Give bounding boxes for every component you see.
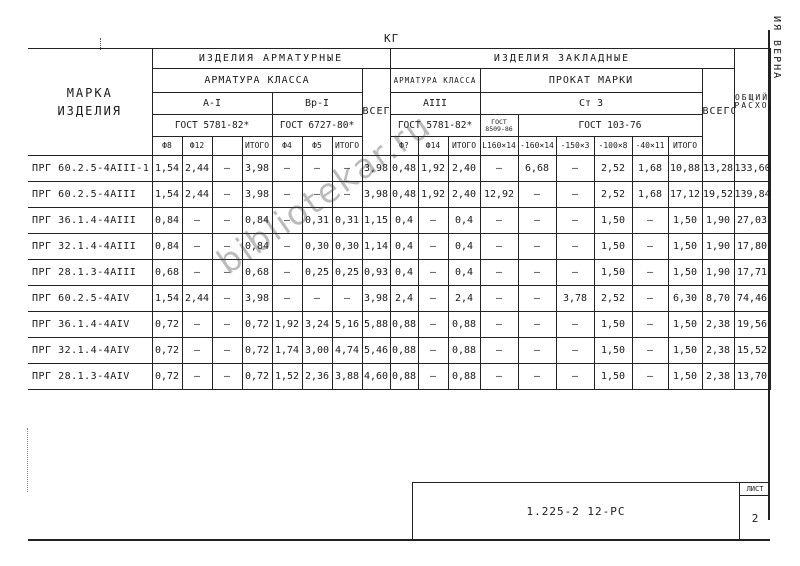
table-cell: 2,52 xyxy=(594,182,632,208)
table-cell: 1,68 xyxy=(632,156,668,182)
table-cell: — xyxy=(480,364,518,390)
product-mark: ПРГ 60.2.5-4АIII xyxy=(28,182,152,208)
table-cell: 0,72 xyxy=(242,364,272,390)
header-class-a3: АIII xyxy=(390,93,480,115)
table-row: ПРГ 60.2.5-4АIV1,542,44—3,98———3,982,4—2… xyxy=(28,286,770,312)
table-cell: 17,12 xyxy=(668,182,702,208)
product-mark: ПРГ 36.1.4-4АIII xyxy=(28,208,152,234)
header-class-a1: А-I xyxy=(152,93,272,115)
table-cell: 17,80 xyxy=(734,234,770,260)
header-vsego-embedded: ВСЕГО xyxy=(702,69,734,156)
table-cell: 0,30 xyxy=(302,234,332,260)
table-cell: 0,48 xyxy=(390,182,418,208)
product-mark: ПРГ 28.1.3-4АIV xyxy=(28,364,152,390)
table-cell: 15,52 xyxy=(734,338,770,364)
table-cell: 2,36 xyxy=(302,364,332,390)
table-cell: 1,50 xyxy=(668,208,702,234)
table-cell: 0,88 xyxy=(448,364,480,390)
header-armature-class: АРМАТУРА КЛАССА xyxy=(152,69,362,93)
column-header: -160×14 xyxy=(518,137,556,156)
table-cell: 0,88 xyxy=(448,338,480,364)
table-cell: 0,72 xyxy=(152,338,182,364)
table-cell: 1,68 xyxy=(632,182,668,208)
table-cell: 12,92 xyxy=(480,182,518,208)
header-class-vr1: Вр-I xyxy=(272,93,362,115)
table-cell: 2,44 xyxy=(182,156,212,182)
table-cell: — xyxy=(212,286,242,312)
table-cell: 1,54 xyxy=(152,286,182,312)
table-cell: — xyxy=(212,312,242,338)
table-cell: — xyxy=(418,286,448,312)
table-cell: 1,90 xyxy=(702,234,734,260)
table-cell: 0,4 xyxy=(390,208,418,234)
table-cell: — xyxy=(212,234,242,260)
header-mark-line1: МАРКА xyxy=(67,86,113,100)
column-header: L160×14 xyxy=(480,137,518,156)
column-header: -40×11 xyxy=(632,137,668,156)
column-header: ИТОГО xyxy=(668,137,702,156)
table-cell: 0,84 xyxy=(242,208,272,234)
table-cell: 0,68 xyxy=(242,260,272,286)
table-cell: 1,52 xyxy=(272,364,302,390)
table-cell: 0,88 xyxy=(390,338,418,364)
table-cell: 0,4 xyxy=(448,234,480,260)
table-cell: 5,88 xyxy=(362,312,390,338)
table-cell: 3,98 xyxy=(362,286,390,312)
sheet-number: 2 xyxy=(740,496,770,541)
table-cell: 3,98 xyxy=(242,156,272,182)
table-cell: 3,98 xyxy=(362,182,390,208)
table-cell: 1,50 xyxy=(594,234,632,260)
table-cell: 19,52 xyxy=(702,182,734,208)
header-gost-vr1: ГОСТ 6727-80* xyxy=(272,115,362,137)
table-cell: 0,48 xyxy=(390,156,418,182)
table-cell: — xyxy=(518,364,556,390)
header-st3: Ст 3 xyxy=(480,93,702,115)
table-cell: 3,24 xyxy=(302,312,332,338)
table-cell: 0,84 xyxy=(242,234,272,260)
table-cell: 133,60 xyxy=(734,156,770,182)
table-cell: 0,4 xyxy=(448,208,480,234)
product-mark: ПРГ 28.1.3-4АIII xyxy=(28,260,152,286)
table-cell: — xyxy=(556,208,594,234)
table-row: ПРГ 36.1.4-4АIII0,84——0,84—0,310,311,150… xyxy=(28,208,770,234)
table-row: ПРГ 32.1.4-4АIV0,72——0,721,743,004,745,4… xyxy=(28,338,770,364)
table-cell: — xyxy=(632,286,668,312)
product-mark: ПРГ 32.1.4-4АIV xyxy=(28,338,152,364)
table-cell: 4,74 xyxy=(332,338,362,364)
table-cell: — xyxy=(632,312,668,338)
header-armature-products: ИЗДЕЛИЯ АРМАТУРНЫЕ xyxy=(152,49,390,69)
table-cell: — xyxy=(518,208,556,234)
table-cell: — xyxy=(272,260,302,286)
table-cell: — xyxy=(332,286,362,312)
table-cell: — xyxy=(556,234,594,260)
table-cell: 2,4 xyxy=(448,286,480,312)
column-header: Ф12 xyxy=(182,137,212,156)
table-cell: — xyxy=(480,260,518,286)
table-row: ПРГ 60.2.5-4АIII1,542,44—3,98———3,980,48… xyxy=(28,182,770,208)
header-gost-8509: ГОСТ 8509-86 xyxy=(480,115,518,137)
table-cell: — xyxy=(332,156,362,182)
table-cell: 1,50 xyxy=(668,364,702,390)
table-cell: — xyxy=(556,364,594,390)
header-mark: МАРКА ИЗДЕЛИЯ xyxy=(28,49,152,156)
header-embedded-products: ИЗДЕЛИЯ ЗАКЛАДНЫЕ xyxy=(390,49,734,69)
table-cell: 1,90 xyxy=(702,208,734,234)
table-cell: — xyxy=(480,234,518,260)
table-cell: 3,98 xyxy=(242,286,272,312)
table-cell: 0,84 xyxy=(152,208,182,234)
table-cell: 2,52 xyxy=(594,286,632,312)
specification-table: МАРКА ИЗДЕЛИЯ ИЗДЕЛИЯ АРМАТУРНЫЕ ИЗДЕЛИЯ… xyxy=(28,48,771,390)
column-header: Ф14 xyxy=(418,137,448,156)
header-gost-a1: ГОСТ 5781-82* xyxy=(152,115,272,137)
column-header: Ф? xyxy=(390,137,418,156)
table-cell: 13,70 xyxy=(734,364,770,390)
column-header: ИТОГО xyxy=(332,137,362,156)
table-cell: — xyxy=(418,312,448,338)
table-cell: — xyxy=(418,260,448,286)
table-row: ПРГ 28.1.3-4АIV0,72——0,721,522,363,884,6… xyxy=(28,364,770,390)
table-cell: 3,78 xyxy=(556,286,594,312)
table-cell: — xyxy=(272,234,302,260)
table-cell: — xyxy=(518,338,556,364)
column-header: Ф8 xyxy=(152,137,182,156)
table-cell: 3,88 xyxy=(332,364,362,390)
table-cell: 19,56 xyxy=(734,312,770,338)
table-cell: — xyxy=(212,260,242,286)
table-cell: — xyxy=(212,364,242,390)
table-cell: — xyxy=(556,156,594,182)
table-cell: — xyxy=(480,208,518,234)
table-cell: 5,16 xyxy=(332,312,362,338)
header-prokat: ПРОКАТ МАРКИ xyxy=(480,69,702,93)
header-gost-103: ГОСТ 103-76 xyxy=(518,115,702,137)
table-cell: 1,54 xyxy=(152,156,182,182)
table-cell: — xyxy=(556,338,594,364)
table-cell: — xyxy=(212,156,242,182)
table-cell: 0,84 xyxy=(152,234,182,260)
table-cell: 2,52 xyxy=(594,156,632,182)
table-cell: — xyxy=(418,208,448,234)
table-cell: 2,40 xyxy=(448,156,480,182)
table-cell: 1,50 xyxy=(594,364,632,390)
table-cell: — xyxy=(480,338,518,364)
table-cell: — xyxy=(418,338,448,364)
table-cell: 0,31 xyxy=(302,208,332,234)
table-cell: 2,44 xyxy=(182,286,212,312)
header-gost-8509-text: ГОСТ 8509-86 xyxy=(481,119,518,132)
table-cell: 27,03 xyxy=(734,208,770,234)
header-total-consumption: ОБЩИЙ РАСХОД xyxy=(734,49,770,156)
header-gost-a3: ГОСТ 5781-82* xyxy=(390,115,480,137)
table-cell: 1,50 xyxy=(594,312,632,338)
table-cell: — xyxy=(182,338,212,364)
table-cell: 5,46 xyxy=(362,338,390,364)
table-cell: 1,50 xyxy=(594,338,632,364)
table-cell: — xyxy=(632,208,668,234)
table-cell: — xyxy=(556,312,594,338)
product-mark: ПРГ 60.2.5-4АIII-1 xyxy=(28,156,152,182)
table-cell: 1,92 xyxy=(418,156,448,182)
table-cell: 1,50 xyxy=(668,338,702,364)
table-cell: 1,90 xyxy=(702,260,734,286)
product-mark: ПРГ 32.1.4-4АIII xyxy=(28,234,152,260)
table-cell: — xyxy=(518,260,556,286)
table-cell: — xyxy=(212,208,242,234)
table-cell: — xyxy=(556,182,594,208)
table-cell: 0,72 xyxy=(242,312,272,338)
table-cell: 6,68 xyxy=(518,156,556,182)
table-cell: 1,74 xyxy=(272,338,302,364)
header-mark-line2: ИЗДЕЛИЯ xyxy=(57,104,122,118)
table-cell: 1,92 xyxy=(418,182,448,208)
product-mark: ПРГ 36.1.4-4АIV xyxy=(28,312,152,338)
table-cell: 8,70 xyxy=(702,286,734,312)
table-cell: 0,4 xyxy=(390,260,418,286)
table-cell: 0,68 xyxy=(152,260,182,286)
fold-mark-left xyxy=(27,428,30,492)
table-cell: 1,50 xyxy=(668,312,702,338)
table-cell: 1,50 xyxy=(594,208,632,234)
table-cell: 0,93 xyxy=(362,260,390,286)
table-cell: 1,50 xyxy=(668,260,702,286)
table-row: ПРГ 36.1.4-4АIV0,72——0,721,923,245,165,8… xyxy=(28,312,770,338)
table-cell: 10,88 xyxy=(668,156,702,182)
sheet-box: ЛИСТ 2 xyxy=(739,483,770,540)
table-cell: 17,71 xyxy=(734,260,770,286)
table-cell: 2,38 xyxy=(702,364,734,390)
table-cell: — xyxy=(302,156,332,182)
table-cell: 2,4 xyxy=(390,286,418,312)
table-cell: — xyxy=(182,260,212,286)
table-cell: — xyxy=(518,286,556,312)
table-cell: — xyxy=(632,260,668,286)
table-cell: — xyxy=(182,312,212,338)
table-cell: — xyxy=(212,182,242,208)
table-cell: 2,38 xyxy=(702,338,734,364)
table-cell: — xyxy=(302,286,332,312)
table-cell: 1,14 xyxy=(362,234,390,260)
table-cell: 1,15 xyxy=(362,208,390,234)
table-cell: 0,72 xyxy=(152,312,182,338)
header-vsego-armature: ВСЕГО xyxy=(362,69,390,156)
column-header: -100×8 xyxy=(594,137,632,156)
table-cell: — xyxy=(272,182,302,208)
table-cell: — xyxy=(556,260,594,286)
table-cell: — xyxy=(302,182,332,208)
column-header: -150×3 xyxy=(556,137,594,156)
table-cell: 1,50 xyxy=(594,260,632,286)
table-cell: — xyxy=(272,156,302,182)
title-block: 1.225-2 12-РС ЛИСТ 2 xyxy=(412,482,769,540)
table-cell: 0,4 xyxy=(448,260,480,286)
table-cell: 2,40 xyxy=(448,182,480,208)
table-cell: — xyxy=(480,156,518,182)
table-cell: — xyxy=(332,182,362,208)
column-header: ИТОГО xyxy=(448,137,480,156)
unit-label: КГ xyxy=(384,32,399,45)
table-cell: — xyxy=(480,286,518,312)
table-cell: 3,00 xyxy=(302,338,332,364)
table-cell: — xyxy=(632,234,668,260)
table-cell: — xyxy=(632,338,668,364)
table-cell: 1,92 xyxy=(272,312,302,338)
table-cell: 139,84 xyxy=(734,182,770,208)
table-cell: — xyxy=(480,312,518,338)
table-cell: 3,98 xyxy=(242,182,272,208)
table-cell: — xyxy=(272,286,302,312)
table-cell: — xyxy=(518,234,556,260)
column-header: Ф5 xyxy=(302,137,332,156)
product-mark: ПРГ 60.2.5-4АIV xyxy=(28,286,152,312)
table-cell: — xyxy=(182,234,212,260)
header-total-text: ОБЩИЙ РАСХОД xyxy=(735,94,770,110)
column-header: Ф4 xyxy=(272,137,302,156)
table-cell: — xyxy=(272,208,302,234)
table-cell: — xyxy=(212,338,242,364)
document-code: 1.225-2 12-РС xyxy=(413,483,739,540)
frame-bottom-border xyxy=(28,539,770,541)
table-cell: 0,4 xyxy=(390,234,418,260)
table-cell: 1,50 xyxy=(668,234,702,260)
table-cell: 0,31 xyxy=(332,208,362,234)
table-row: ПРГ 32.1.4-4АIII0,84——0,84—0,300,301,140… xyxy=(28,234,770,260)
header-emb-armature-class: АРМАТУРА КЛАССА xyxy=(390,69,480,93)
table-cell: — xyxy=(518,182,556,208)
table-cell: 0,25 xyxy=(302,260,332,286)
table-cell: 13,28 xyxy=(702,156,734,182)
column-header: ИТОГО xyxy=(242,137,272,156)
column-header xyxy=(212,137,242,156)
table-cell: 0,25 xyxy=(332,260,362,286)
table-cell: 0,88 xyxy=(390,364,418,390)
sheet-label: ЛИСТ xyxy=(740,483,770,496)
table-cell: 4,60 xyxy=(362,364,390,390)
table-cell: 2,44 xyxy=(182,182,212,208)
table-cell: — xyxy=(418,234,448,260)
table-cell: 3,98 xyxy=(362,156,390,182)
side-note: ИЯ ВЕРНА xyxy=(771,16,782,80)
table-row: ПРГ 28.1.3-4АIII0,68——0,68—0,250,250,930… xyxy=(28,260,770,286)
table-cell: 0,88 xyxy=(390,312,418,338)
table-cell: — xyxy=(182,208,212,234)
table-cell: — xyxy=(632,364,668,390)
table-cell: 0,30 xyxy=(332,234,362,260)
table-cell: 2,38 xyxy=(702,312,734,338)
table-cell: — xyxy=(182,364,212,390)
table-cell: 1,54 xyxy=(152,182,182,208)
table-cell: 0,88 xyxy=(448,312,480,338)
table-row: ПРГ 60.2.5-4АIII-11,542,44—3,98———3,980,… xyxy=(28,156,770,182)
table-cell: 0,72 xyxy=(152,364,182,390)
table-cell: 74,46 xyxy=(734,286,770,312)
table-cell: 6,30 xyxy=(668,286,702,312)
table-cell: — xyxy=(518,312,556,338)
table-cell: — xyxy=(418,364,448,390)
table-cell: 0,72 xyxy=(242,338,272,364)
